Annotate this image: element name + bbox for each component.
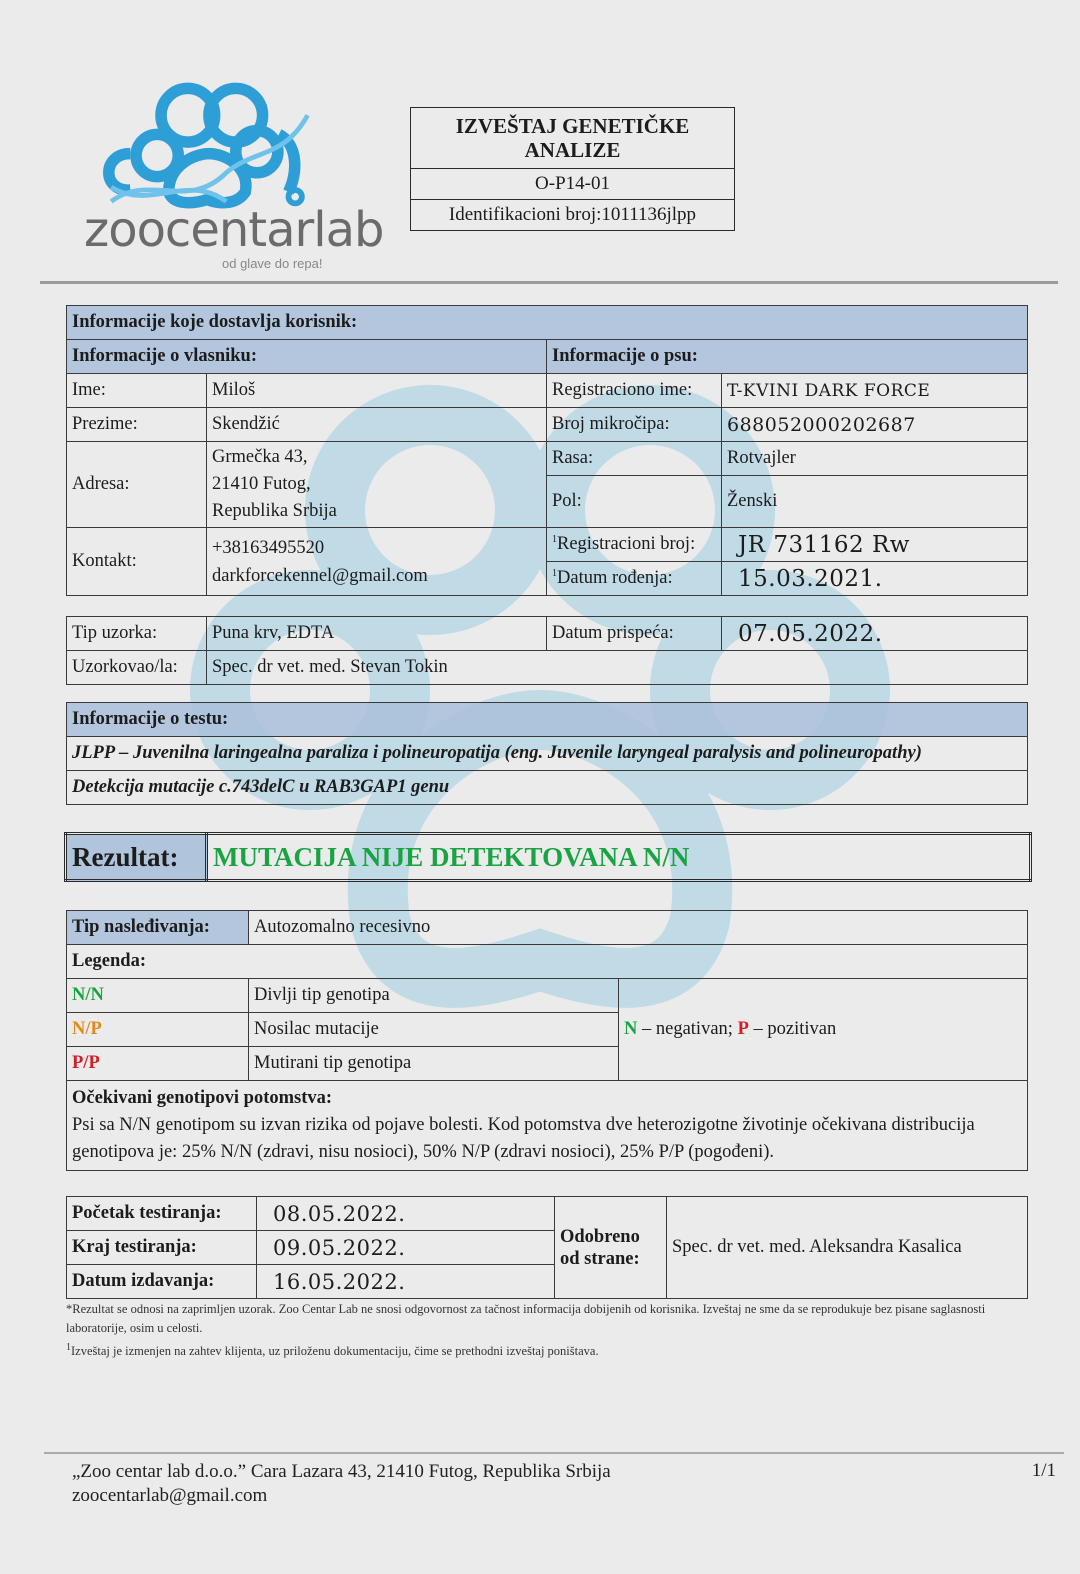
arrival-date-label: Datum prispeća: xyxy=(547,617,722,651)
last-name-label: Prezime: xyxy=(67,408,207,442)
legend-code-np: N/P xyxy=(67,1013,249,1047)
result-value: MUTACIJA NIJE DETEKTOVANA N/N xyxy=(207,834,1031,881)
chip-value: 688052000202687 xyxy=(722,408,1028,442)
header-divider xyxy=(40,281,1058,284)
report-page: zoocentarlab od glave do repa! IZVEŠTAJ … xyxy=(0,0,1080,1574)
breed-value: Rotvajler xyxy=(722,442,1028,476)
paw-dna-stethoscope-logo-icon xyxy=(92,74,322,214)
first-name-label: Ime: xyxy=(67,374,207,408)
last-name-value: Skendžić xyxy=(207,408,547,442)
end-value: 09.05.2022. xyxy=(257,1231,555,1265)
test-info-header: Informacije o testu: xyxy=(67,703,1028,737)
reg-number-label: 1Registracioni broj: xyxy=(547,528,722,562)
reg-number-label-text: Registracioni broj: xyxy=(557,534,695,554)
footnotes: *Rezultat se odnosi na zaprimljen uzorak… xyxy=(66,1300,1036,1361)
key-n-text: – negativan; xyxy=(637,1019,737,1039)
logo-wordmark: zoocentarlab xyxy=(84,202,383,258)
footer-divider xyxy=(44,1452,1064,1454)
report-title: IZVEŠTAJ GENETIČKE ANALIZE xyxy=(411,108,734,168)
sex-label: Pol: xyxy=(547,476,722,528)
section-header: Informacije koje dostavlja korisnik: xyxy=(67,306,1028,340)
result-label: Rezultat: xyxy=(66,834,207,881)
footer: „Zoo centar lab d.o.o.” Cara Lazara 43, … xyxy=(72,1460,611,1508)
breed-label: Rasa: xyxy=(547,442,722,476)
address-value: Grmečka 43, 21410 Futog, Republika Srbij… xyxy=(207,442,547,528)
offspring-title: Očekivani genotipovi potomstva: xyxy=(72,1085,1022,1112)
company-logo: zoocentarlab od glave do repa! xyxy=(84,74,394,274)
start-label: Početak testiranja: xyxy=(67,1197,257,1231)
address-line: Grmečka 43, xyxy=(212,444,541,471)
sampled-by-value: Spec. dr vet. med. Stevan Tokin xyxy=(207,651,1028,685)
reg-number-value: JR 731162 Rw xyxy=(722,528,1028,562)
inheritance-table: Tip nasleđivanja: Autozomalno recesivno … xyxy=(66,910,1028,1171)
sample-table: Tip uzorka: Puna krv, EDTA Datum prispeć… xyxy=(66,616,1028,685)
phone-value: +38163495520 xyxy=(212,534,541,562)
key-n: N xyxy=(624,1019,637,1039)
testing-dates-table: Početak testiranja: 08.05.2022. Odobreno… xyxy=(66,1196,1028,1299)
approved-label: Odobreno od strane: xyxy=(555,1197,667,1299)
legend-key: N – negativan; P – pozitivan xyxy=(619,979,1028,1081)
footer-email: zoocentarlab@gmail.com xyxy=(72,1484,611,1508)
offspring-text: Psi sa N/N genotipom su izvan rizika od … xyxy=(72,1112,1022,1166)
email-value: darkforcekennel@gmail.com xyxy=(212,562,541,590)
sample-type-label: Tip uzorka: xyxy=(67,617,207,651)
offspring-block: Očekivani genotipovi potomstva: Psi sa N… xyxy=(67,1081,1028,1171)
footer-address: „Zoo centar lab d.o.o.” Cara Lazara 43, … xyxy=(72,1460,611,1484)
sampled-by-label: Uzorkovao/la: xyxy=(67,651,207,685)
amendment-note: 1Izveštaj je izmenjen na zahtev klijenta… xyxy=(66,1338,1036,1361)
test-info-table: Informacije o testu: JLPP – Juvenilna la… xyxy=(66,702,1028,805)
test-name: JLPP – Juvenilna laringealna paraliza i … xyxy=(67,737,1028,771)
legend-code-nn: N/N xyxy=(67,979,249,1013)
sex-value: Ženski xyxy=(722,476,1028,528)
chip-label: Broj mikročipa: xyxy=(547,408,722,442)
user-info-table: Informacije koje dostavlja korisnik: Inf… xyxy=(66,305,1028,596)
document-code: O-P14-01 xyxy=(411,168,734,199)
legend-desc-nn: Divlji tip genotipa xyxy=(249,979,619,1013)
address-label: Adresa: xyxy=(67,442,207,528)
approved-by: Spec. dr vet. med. Aleksandra Kasalica xyxy=(667,1197,1028,1299)
dog-header: Informacije o psu: xyxy=(547,340,1028,374)
key-p: P xyxy=(738,1019,749,1039)
start-value: 08.05.2022. xyxy=(257,1197,555,1231)
inheritance-label: Tip nasleđivanja: xyxy=(67,911,249,945)
address-line: 21410 Futog, xyxy=(212,471,541,498)
reg-name-label: Registraciono ime: xyxy=(547,374,722,408)
issue-value: 16.05.2022. xyxy=(257,1265,555,1299)
arrival-date-value: 07.05.2022. xyxy=(722,617,1028,651)
page-number: 1/1 xyxy=(1032,1460,1056,1482)
issue-label: Datum izdavanja: xyxy=(67,1265,257,1299)
end-label: Kraj testiranja: xyxy=(67,1231,257,1265)
reg-name-value: T-KVINI DARK FORCE xyxy=(722,374,1028,408)
dob-value: 15.03.2021. xyxy=(722,562,1028,596)
dob-label: 1Datum rođenja: xyxy=(547,562,722,596)
address-line: Republika Srbija xyxy=(212,498,541,525)
dob-label-text: Datum rođenja: xyxy=(557,568,673,588)
owner-header: Informacije o vlasniku: xyxy=(67,340,547,374)
key-p-text: – pozitivan xyxy=(749,1019,836,1039)
legend-code-pp: P/P xyxy=(67,1047,249,1081)
amendment-text: Izveštaj je izmenjen na zahtev klijenta,… xyxy=(71,1344,599,1358)
contact-value: +38163495520 darkforcekennel@gmail.com xyxy=(207,528,547,596)
result-table: Rezultat: MUTACIJA NIJE DETEKTOVANA N/N xyxy=(64,832,1032,882)
test-detection: Detekcija mutacije c.743delC u RAB3GAP1 … xyxy=(67,771,1028,805)
first-name-value: Miloš xyxy=(207,374,547,408)
legend-desc-np: Nosilac mutacije xyxy=(249,1013,619,1047)
legend-title: Legenda: xyxy=(67,945,1028,979)
legend-desc-pp: Mutirani tip genotipa xyxy=(249,1047,619,1081)
sample-type-value: Puna krv, EDTA xyxy=(207,617,547,651)
report-title-box: IZVEŠTAJ GENETIČKE ANALIZE O-P14-01 Iden… xyxy=(410,107,735,231)
disclaimer: *Rezultat se odnosi na zaprimljen uzorak… xyxy=(66,1300,1036,1338)
contact-label: Kontakt: xyxy=(67,528,207,596)
logo-tagline: od glave do repa! xyxy=(222,256,322,271)
inheritance-value: Autozomalno recesivno xyxy=(249,911,1028,945)
identification-number: Identifikacioni broj:1011136jlpp xyxy=(411,199,734,230)
